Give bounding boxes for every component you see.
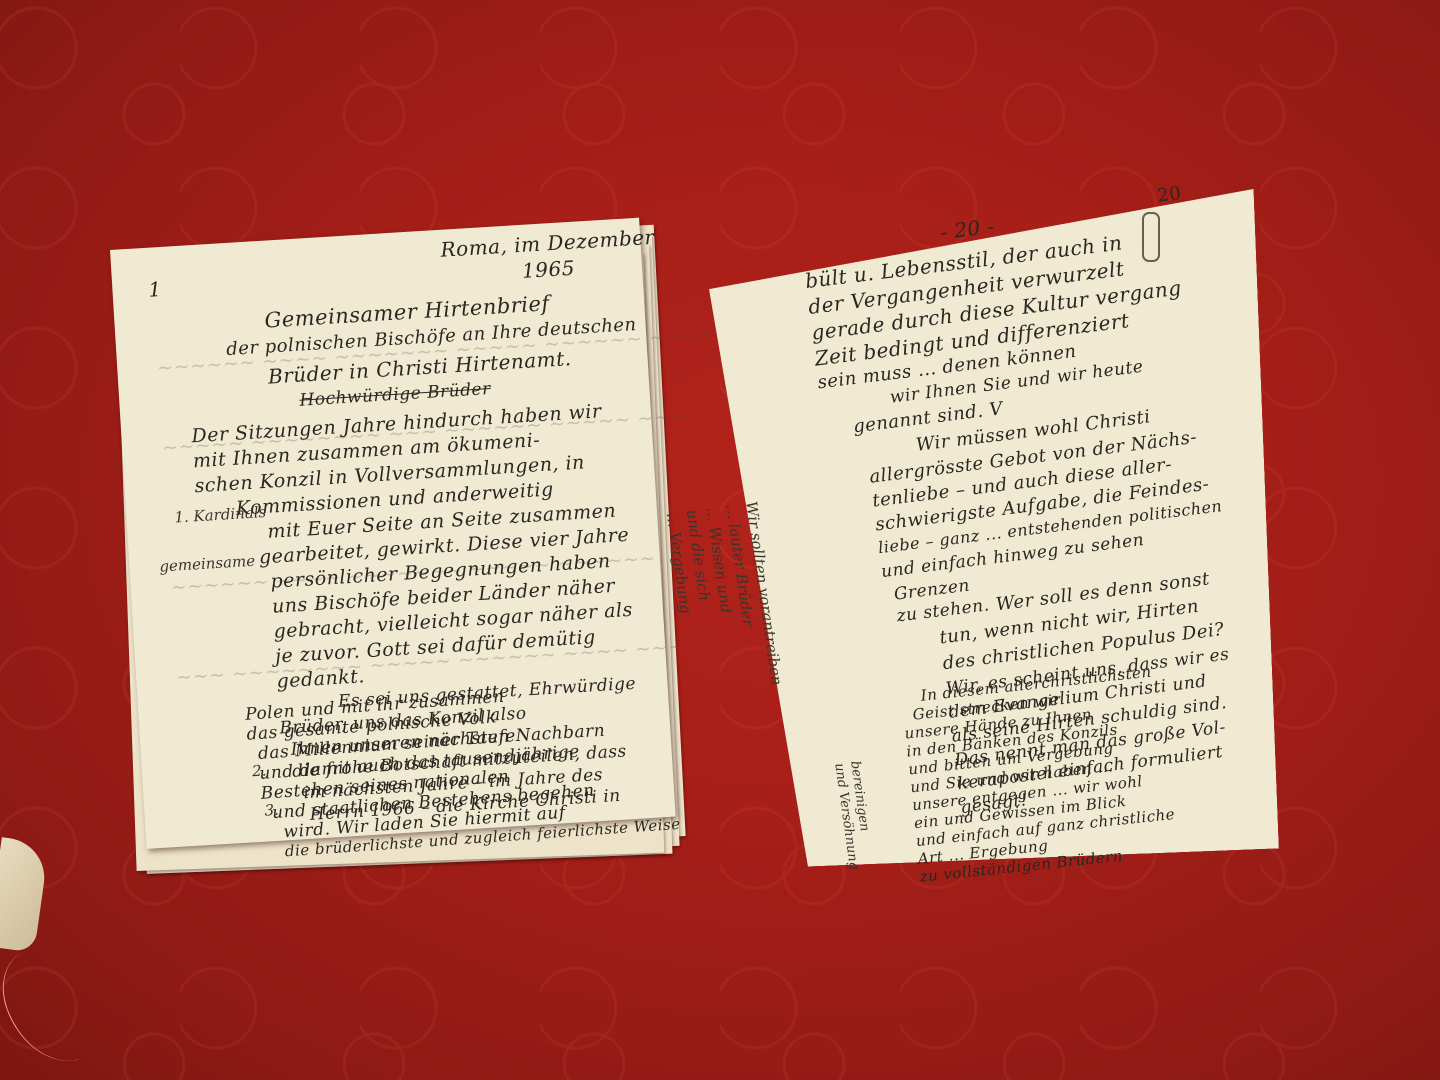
page-number: 1	[148, 277, 163, 302]
margin-note: 1. Kardinals	[174, 503, 267, 527]
page-header: - 20 -	[939, 214, 996, 244]
page-stamp: 20	[1156, 183, 1182, 207]
text-line: gedankt.	[276, 665, 366, 692]
dateline: Roma, im Dezember	[440, 225, 655, 262]
year: 1965	[521, 256, 575, 283]
